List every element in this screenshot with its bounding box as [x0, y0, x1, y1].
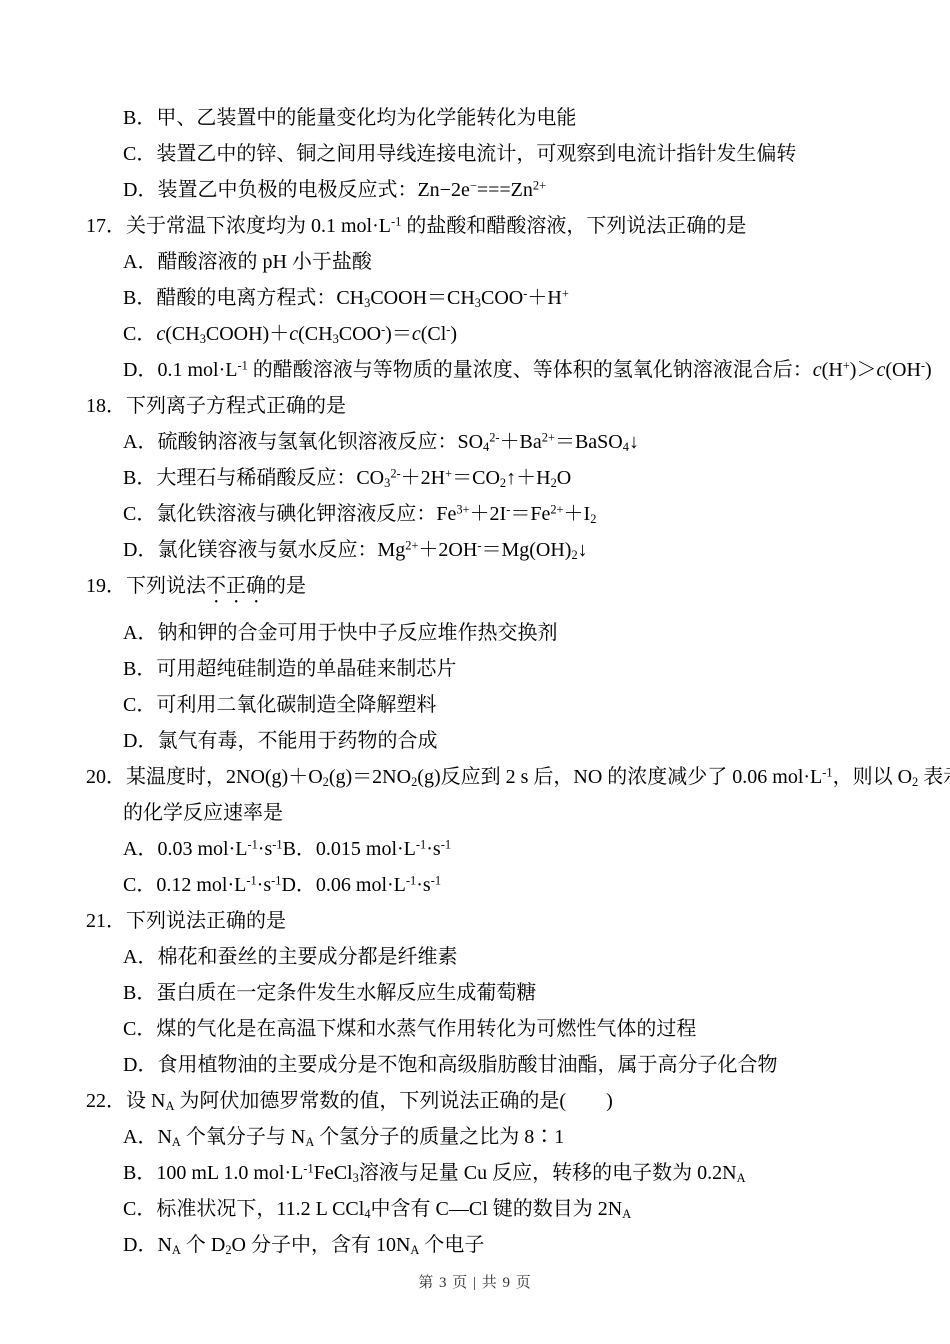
question-19-option-row-3: C．可利用二氧化碳制造全降解塑料	[86, 694, 910, 716]
option-label: D．	[123, 539, 157, 561]
question-21-option-a: A．棉花和蚕丝的主要成分都是纤维素	[123, 946, 457, 968]
question-22-option-row-2: B．100 mL 1.0 mol·L-1FeCl3溶液与足量 Cu 反应，转移的…	[86, 1162, 910, 1184]
question-19-option-row-1: A．钠和钾的合金可用于快中子反应堆作热交换剂	[86, 622, 910, 644]
option-text: 可利用二氧化碳制造全降解塑料	[156, 694, 436, 716]
question-18-stem-text-1: 下列离子方程式正确的是	[126, 395, 346, 417]
question-18-option-row-3: C．氯化铁溶液与碘化钾溶液反应：Fe3+＋2I-＝Fe2+＋I2	[86, 503, 910, 525]
question-19-option-b: B．可用超纯硅制造的单晶硅来制芯片	[123, 658, 456, 680]
option-label: A．	[123, 946, 157, 968]
option-label: D．	[281, 874, 315, 896]
option-label: D．	[123, 1234, 157, 1256]
question-21-stem-line-1: 21．下列说法正确的是	[86, 910, 910, 932]
option-text: 标准状况下，11.2 L CCl4中含有 C—Cl 键的数目为 2NA	[156, 1198, 631, 1220]
question-19: 19．下列说法不正确的是A．钠和钾的合金可用于快中子反应堆作热交换剂B．可用超纯…	[86, 575, 910, 752]
question-16-option-b: B．甲、乙装置中的能量变化均为化学能转化为电能	[123, 107, 576, 129]
page-footer: 第 3 页 | 共 9 页	[0, 1271, 950, 1292]
option-text: 0.06 mol·L-1·s-1	[316, 874, 441, 896]
question-19-stem-line-1: 19．下列说法不正确的是	[86, 575, 910, 608]
option-label: B．	[123, 982, 156, 1004]
option-label: B．	[123, 107, 156, 129]
question-22-option-a: A．NA 个氧分子与 NA 个氢分子的质量之比为 8∶1	[123, 1126, 564, 1148]
question-18-option-c: C．氯化铁溶液与碘化钾溶液反应：Fe3+＋2I-＝Fe2+＋I2	[123, 503, 596, 525]
question-21-stem-text-1: 下列说法正确的是	[126, 910, 286, 932]
question-21-option-c: C．煤的气化是在高温下煤和水蒸气作用转化为可燃性气体的过程	[123, 1018, 696, 1040]
option-text: 食用植物油的主要成分是不饱和高级脂肪酸甘油酯，属于高分子化合物	[157, 1054, 777, 1076]
question-19-option-row-4: D．氯气有毒，不能用于药物的合成	[86, 730, 910, 752]
question-20-stem-text-1: 某温度时，2NO(g)＋O2(g)＝2NO2(g)反应到 2 s 后，NO 的浓…	[126, 766, 950, 788]
question-17-option-row-3: C．c(CH3COOH)＋c(CH3COO-)＝c(Cl-)	[86, 323, 910, 345]
option-label: A．	[123, 838, 157, 860]
question-21-option-row-4: D．食用植物油的主要成分是不饱和高级脂肪酸甘油酯，属于高分子化合物	[86, 1054, 910, 1076]
question-16-option-row-2: C．装置乙中的锌、铜之间用导线连接电流计，可观察到电流计指针发生偏转	[86, 143, 910, 165]
question-17-option-c: C．c(CH3COOH)＋c(CH3COO-)＝c(Cl-)	[123, 323, 457, 345]
question-18-option-d: D．氯化镁容液与氨水反应：Mg2+＋2OH-＝Mg(OH)2↓	[123, 539, 588, 561]
question-17: 17．关于常温下浓度均为 0.1 mol·L-1 的盐酸和醋酸溶液，下列说法正确…	[86, 215, 910, 381]
question-20-option-row-1: A．0.03 mol·L-1·s-1B．0.015 mol·L-1·s-1	[86, 838, 910, 860]
question-20-option-b: B．0.015 mol·L-1·s-1	[283, 838, 451, 860]
option-text: 0.015 mol·L-1·s-1	[316, 838, 451, 860]
option-label: B．	[123, 658, 156, 680]
exam-page: B．甲、乙装置中的能量变化均为化学能转化为电能C．装置乙中的锌、铜之间用导线连接…	[0, 0, 950, 1344]
question-16-option-c: C．装置乙中的锌、铜之间用导线连接电流计，可观察到电流计指针发生偏转	[123, 143, 796, 165]
option-label: A．	[123, 251, 157, 273]
question-16-option-row-1: B．甲、乙装置中的能量变化均为化学能转化为电能	[86, 107, 910, 129]
option-text: 醋酸溶液的 pH 小于盐酸	[157, 251, 371, 273]
option-label: B．	[123, 1162, 156, 1184]
question-20-option-c: C．0.12 mol·L-1·s-1	[123, 874, 281, 896]
question-22-option-b: B．100 mL 1.0 mol·L-1FeCl3溶液与足量 Cu 反应，转移的…	[123, 1162, 746, 1184]
question-17-option-a: A．醋酸溶液的 pH 小于盐酸	[123, 251, 372, 273]
option-text: 氯化铁溶液与碘化钾溶液反应：Fe3+＋2I-＝Fe2+＋I2	[156, 503, 596, 525]
question-18-option-row-4: D．氯化镁容液与氨水反应：Mg2+＋2OH-＝Mg(OH)2↓	[86, 539, 910, 561]
question-22-option-c: C．标准状况下，11.2 L CCl4中含有 C—Cl 键的数目为 2NA	[123, 1198, 631, 1220]
option-text: 可用超纯硅制造的单晶硅来制芯片	[156, 658, 456, 680]
question-21-option-row-3: C．煤的气化是在高温下煤和水蒸气作用转化为可燃性气体的过程	[86, 1018, 910, 1040]
question-21-number: 21．	[86, 910, 126, 932]
question-19-option-d: D．氯气有毒，不能用于药物的合成	[123, 730, 437, 752]
question-20-stem-text-2: 的化学反应速率是	[123, 802, 283, 824]
option-label: C．	[123, 143, 156, 165]
question-21-option-d: D．食用植物油的主要成分是不饱和高级脂肪酸甘油酯，属于高分子化合物	[123, 1054, 777, 1076]
question-21-option-row-1: A．棉花和蚕丝的主要成分都是纤维素	[86, 946, 910, 968]
option-label: C．	[123, 1198, 156, 1220]
question-18-option-a: A．硫酸钠溶液与氢氧化钡溶液反应：SO42-＋Ba2+＝BaSO4↓	[123, 431, 639, 453]
question-22-option-row-4: D．NA 个 D2O 分子中，含有 10NA 个电子	[86, 1234, 910, 1256]
question-17-option-d: D．0.1 mol·L-1 的醋酸溶液与等物质的量浓度、等体积的氢氧化钠溶液混合…	[123, 359, 932, 381]
question-21-option-row-2: B．蛋白质在一定条件发生水解反应生成葡萄糖	[86, 982, 910, 1004]
option-text: 棉花和蚕丝的主要成分都是纤维素	[157, 946, 457, 968]
option-label: D．	[123, 730, 157, 752]
question-18-number: 18．	[86, 395, 126, 417]
question-21: 21．下列说法正确的是A．棉花和蚕丝的主要成分都是纤维素B．蛋白质在一定条件发生…	[86, 910, 910, 1076]
emphasized-text: 不正确	[206, 575, 266, 597]
option-text: 甲、乙装置中的能量变化均为化学能转化为电能	[156, 107, 576, 129]
option-text: 醋酸的电离方程式：CH3COOH＝CH3COO-＋H+	[156, 287, 568, 309]
option-text: 0.03 mol·L-1·s-1	[157, 838, 282, 860]
question-17-option-row-1: A．醋酸溶液的 pH 小于盐酸	[86, 251, 910, 273]
option-text: 氯化镁容液与氨水反应：Mg2+＋2OH-＝Mg(OH)2↓	[157, 539, 587, 561]
question-17-option-row-4: D．0.1 mol·L-1 的醋酸溶液与等物质的量浓度、等体积的氢氧化钠溶液混合…	[86, 359, 910, 381]
question-17-stem-text-1: 关于常温下浓度均为 0.1 mol·L-1 的盐酸和醋酸溶液，下列说法正确的是	[126, 215, 746, 237]
question-17-stem-line-1: 17．关于常温下浓度均为 0.1 mol·L-1 的盐酸和醋酸溶液，下列说法正确…	[86, 215, 910, 237]
option-label: C．	[123, 323, 156, 345]
question-18-option-row-1: A．硫酸钠溶液与氢氧化钡溶液反应：SO42-＋Ba2+＝BaSO4↓	[86, 431, 910, 453]
option-text: 100 mL 1.0 mol·L-1FeCl3溶液与足量 Cu 反应，转移的电子…	[156, 1162, 745, 1184]
question-17-option-b: B．醋酸的电离方程式：CH3COOH＝CH3COO-＋H+	[123, 287, 569, 309]
question-20-option-d: D．0.06 mol·L-1·s-1	[281, 874, 441, 896]
question-20-stem-line-1: 20．某温度时，2NO(g)＋O2(g)＝2NO2(g)反应到 2 s 后，NO…	[86, 766, 910, 788]
page-indicator: 第 3 页 | 共 9 页	[418, 1275, 532, 1291]
question-19-stem-text-1: 下列说法不正确的是	[126, 575, 306, 608]
option-text: 煤的气化是在高温下煤和水蒸气作用转化为可燃性气体的过程	[156, 1018, 696, 1040]
question-16: B．甲、乙装置中的能量变化均为化学能转化为电能C．装置乙中的锌、铜之间用导线连接…	[86, 107, 910, 201]
option-label: C．	[123, 1018, 156, 1040]
question-21-option-b: B．蛋白质在一定条件发生水解反应生成葡萄糖	[123, 982, 536, 1004]
option-text: 装置乙中的锌、铜之间用导线连接电流计，可观察到电流计指针发生偏转	[156, 143, 796, 165]
option-label: B．	[123, 467, 156, 489]
question-22-stem-text-1: 设 NA 为阿伏加德罗常数的值，下列说法正确的是( )	[126, 1090, 613, 1112]
question-18: 18．下列离子方程式正确的是A．硫酸钠溶液与氢氧化钡溶液反应：SO42-＋Ba2…	[86, 395, 910, 561]
option-text: 装置乙中负极的电极反应式：Zn−2e−===Zn2+	[157, 179, 546, 201]
question-22-option-row-1: A．NA 个氧分子与 NA 个氢分子的质量之比为 8∶1	[86, 1126, 910, 1148]
option-text: NA 个 D2O 分子中，含有 10NA 个电子	[157, 1234, 484, 1256]
question-17-number: 17．	[86, 215, 126, 237]
option-label: A．	[123, 622, 157, 644]
option-label: D．	[123, 1054, 157, 1076]
question-20-option-a: A．0.03 mol·L-1·s-1	[123, 838, 283, 860]
option-text: 蛋白质在一定条件发生水解反应生成葡萄糖	[156, 982, 536, 1004]
option-label: D．	[123, 359, 157, 381]
question-20-stem-line-2: 的化学反应速率是	[86, 802, 910, 824]
question-17-option-row-2: B．醋酸的电离方程式：CH3COOH＝CH3COO-＋H+	[86, 287, 910, 309]
question-22-option-d: D．NA 个 D2O 分子中，含有 10NA 个电子	[123, 1234, 484, 1256]
option-label: C．	[123, 874, 156, 896]
option-text: 大理石与稀硝酸反应：CO32-＋2H+＝CO2↑＋H2O	[156, 467, 571, 489]
question-22-number: 22．	[86, 1090, 126, 1112]
question-18-stem-line-1: 18．下列离子方程式正确的是	[86, 395, 910, 417]
question-18-option-row-2: B．大理石与稀硝酸反应：CO32-＋2H+＝CO2↑＋H2O	[86, 467, 910, 489]
option-label: A．	[123, 1126, 157, 1148]
option-label: B．	[283, 838, 316, 860]
option-text: NA 个氧分子与 NA 个氢分子的质量之比为 8∶1	[157, 1126, 564, 1148]
option-label: D．	[123, 179, 157, 201]
option-text: 0.12 mol·L-1·s-1	[156, 874, 281, 896]
option-text: 钠和钾的合金可用于快中子反应堆作热交换剂	[157, 622, 557, 644]
question-19-option-c: C．可利用二氧化碳制造全降解塑料	[123, 694, 436, 716]
option-text: 硫酸钠溶液与氢氧化钡溶液反应：SO42-＋Ba2+＝BaSO4↓	[157, 431, 639, 453]
option-text: c(CH3COOH)＋c(CH3COO-)＝c(Cl-)	[156, 323, 457, 345]
option-label: C．	[123, 694, 156, 716]
question-20-number: 20．	[86, 766, 126, 788]
questions-container: B．甲、乙装置中的能量变化均为化学能转化为电能C．装置乙中的锌、铜之间用导线连接…	[86, 107, 910, 1270]
question-16-option-row-3: D．装置乙中负极的电极反应式：Zn−2e−===Zn2+	[86, 179, 910, 201]
question-20: 20．某温度时，2NO(g)＋O2(g)＝2NO2(g)反应到 2 s 后，NO…	[86, 766, 910, 896]
option-text: 0.1 mol·L-1 的醋酸溶液与等物质的量浓度、等体积的氢氧化钠溶液混合后：…	[157, 359, 931, 381]
question-18-option-b: B．大理石与稀硝酸反应：CO32-＋2H+＝CO2↑＋H2O	[123, 467, 571, 489]
option-label: B．	[123, 287, 156, 309]
indent-spacer	[86, 802, 123, 824]
option-text: 氯气有毒，不能用于药物的合成	[157, 730, 437, 752]
question-22: 22．设 NA 为阿伏加德罗常数的值，下列说法正确的是( )A．NA 个氧分子与…	[86, 1090, 910, 1256]
question-20-option-row-2: C．0.12 mol·L-1·s-1D．0.06 mol·L-1·s-1	[86, 874, 910, 896]
option-label: C．	[123, 503, 156, 525]
question-16-option-d: D．装置乙中负极的电极反应式：Zn−2e−===Zn2+	[123, 179, 546, 201]
question-19-number: 19．	[86, 575, 126, 608]
question-19-option-row-2: B．可用超纯硅制造的单晶硅来制芯片	[86, 658, 910, 680]
question-19-option-a: A．钠和钾的合金可用于快中子反应堆作热交换剂	[123, 622, 557, 644]
question-22-option-row-3: C．标准状况下，11.2 L CCl4中含有 C—Cl 键的数目为 2NA	[86, 1198, 910, 1220]
question-22-stem-line-1: 22．设 NA 为阿伏加德罗常数的值，下列说法正确的是( )	[86, 1090, 910, 1112]
option-label: A．	[123, 431, 157, 453]
